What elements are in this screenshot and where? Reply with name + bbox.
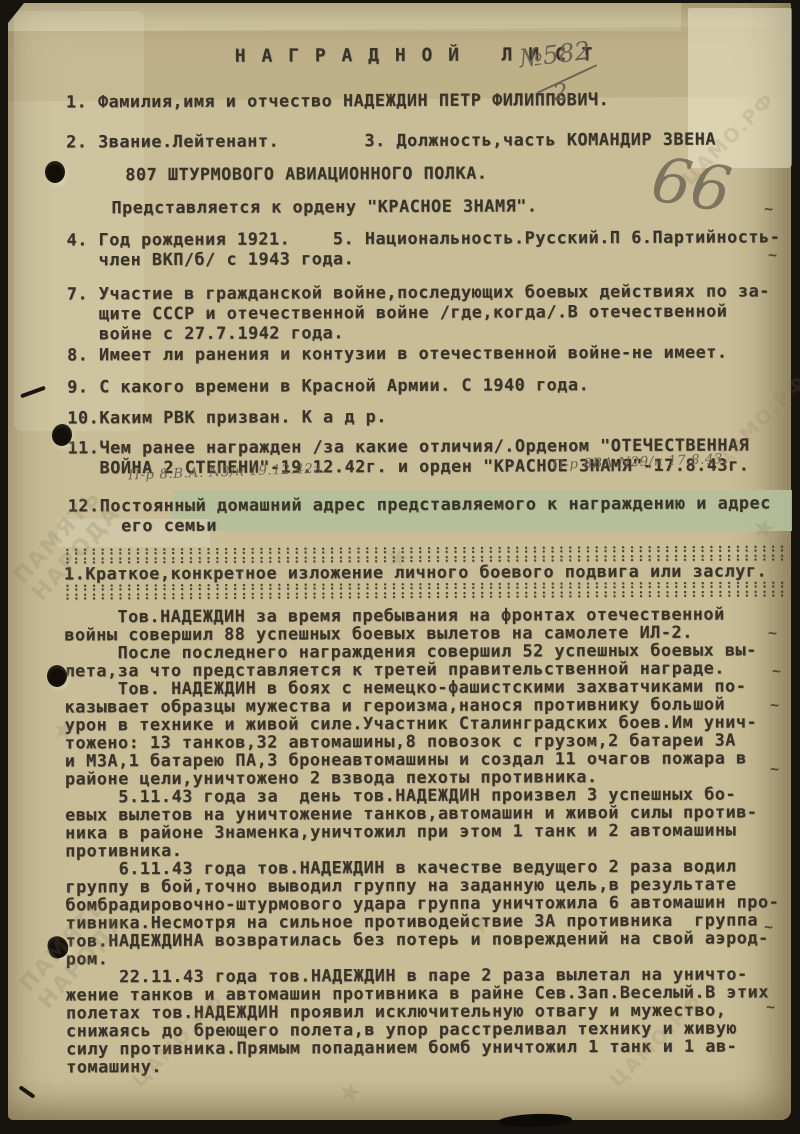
body-paragraph-1: Тов.НАДЕЖДИН за время пребывания на фрон…	[64, 604, 790, 643]
body-paragraph-5: 6.11.43 года тов.НАДЕЖДИН в качестве вед…	[65, 856, 791, 967]
handwritten-page-mark: 66	[647, 142, 736, 226]
field-12-home-address: 12.Постоянный домашний адрес представляе…	[68, 492, 771, 535]
field-8-wounds: 8. Имеет ли ранения и контузии в отечест…	[67, 342, 728, 365]
body-paragraph-3: Тов. НАДЕЖДИН в боях с немецко-фашистски…	[64, 676, 790, 787]
body-paragraph-6: 22.11.43 года тов.НАДЕЖДИН в паре 2 раза…	[66, 964, 792, 1075]
field-4-5-6-birth-nationality-party: 4. Год рождения 1921. 5. Национальность.…	[67, 226, 781, 269]
body-paragraph-2: После последнего награждения совершил 52…	[64, 640, 790, 679]
field-submission-order: Представляется к ордену "КРАСНОЕ ЗНАМЯ".	[111, 195, 537, 217]
body-paragraph-4: 5.11.43 года за день тов.НАДЕЖДИН произв…	[65, 784, 791, 859]
handwritten-number-denominator: 2	[552, 79, 569, 106]
field-1-name: 1. Фамилия,имя и отчество НАДЕЖДИН ПЕТР …	[66, 89, 609, 111]
field-unit: 807 ШТУРМОВОГО АВИАЦИОННОГО ПОЛКА.	[125, 163, 487, 185]
margin-tilde: ~	[764, 200, 773, 218]
field-9-army-since: 9. С какого времени в Красной Армии. С 1…	[67, 374, 589, 396]
field-2-3-rank-position: 2. Звание.Лейтенант. 3. Должность,часть …	[66, 129, 716, 152]
margin-tilde: ~	[768, 624, 777, 642]
field-7-war-participation: 7. Участие в гражданской войне,последующ…	[67, 280, 770, 343]
margin-tilde: ~	[770, 696, 779, 714]
scanned-award-sheet: Н А Г Р А Д Н О Й Л И С Т 1. Фамилия,имя…	[0, 0, 800, 1134]
margin-tilde: ~	[766, 998, 775, 1016]
margin-tilde: ~	[772, 662, 781, 680]
hole-punch	[45, 161, 65, 183]
margin-tilde: ~	[770, 760, 779, 778]
field-10-recruited-by: 10.Каким РВК призван. К а д р.	[67, 406, 387, 427]
dotted-separator-bottom: ::::::::::::::::::::::::::::::::::::::::…	[64, 580, 790, 601]
margin-tilde: ~	[768, 246, 777, 264]
citation-body: Тов.НАДЕЖДИН за время пребывания на фрон…	[64, 604, 792, 1075]
margin-tilde: ~	[764, 918, 773, 936]
hole-punch	[47, 665, 67, 687]
